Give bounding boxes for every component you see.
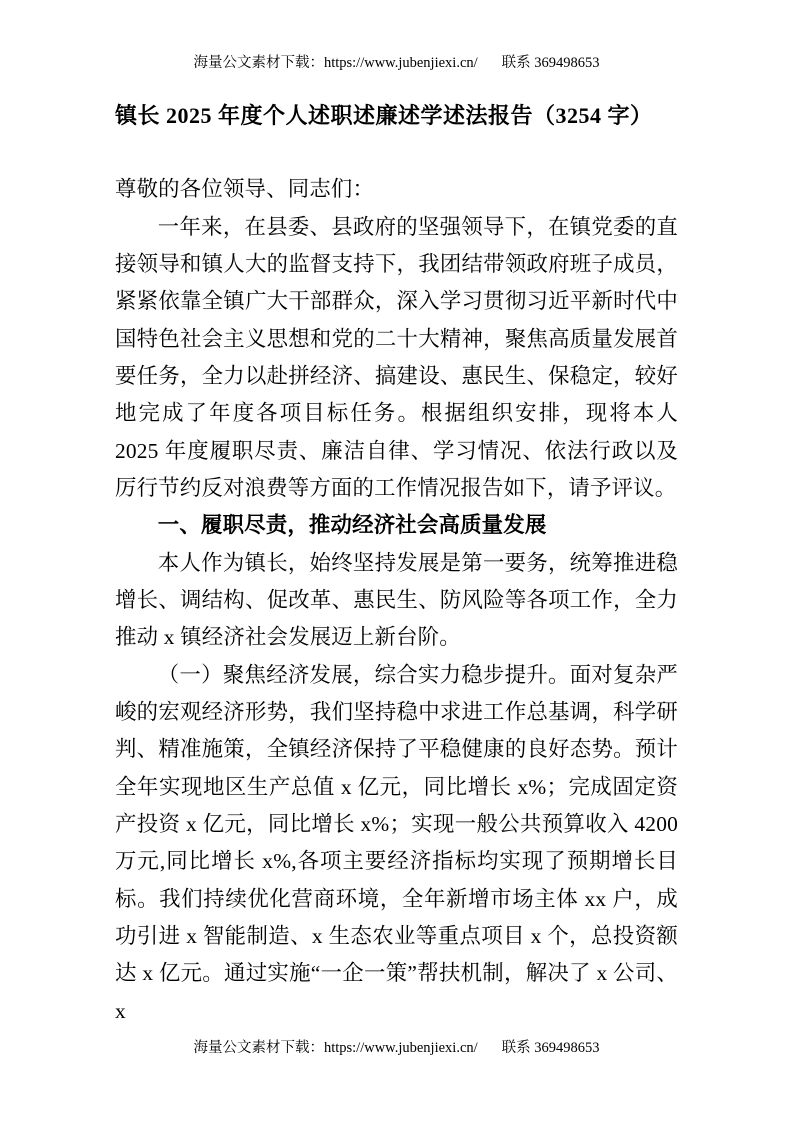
paragraph-section1-lead: 本人作为镇长，始终坚持发展是第一要务，统筹推进稳增长、调结构、促改革、惠民生、防… — [115, 545, 678, 657]
header-download-label: 海量公文素材下载： — [193, 55, 324, 71]
footer-url: https://www.jubenjiexi.cn/ — [324, 1040, 478, 1056]
salutation-line: 尊敬的各位领导、同志们： — [115, 171, 678, 208]
document-page: 海量公文素材下载：https://www.jubenjiexi.cn/联系 36… — [0, 0, 793, 1122]
section-1-heading: 一、履职尽责，推动经济社会高质量发展 — [115, 507, 678, 544]
document-title: 镇长 2025 年度个人述职述廉述学述法报告（3254 字） — [115, 97, 678, 134]
paragraph-intro: 一年来，在县委、县政府的坚强领导下，在镇党委的直接领导和镇人大的监督支持下，我团… — [115, 209, 678, 508]
footer-watermark: 海量公文素材下载：https://www.jubenjiexi.cn/联系 36… — [0, 1038, 793, 1058]
header-contact: 联系 369498653 — [502, 55, 600, 71]
footer-download-label: 海量公文素材下载： — [193, 1040, 324, 1056]
header-watermark: 海量公文素材下载：https://www.jubenjiexi.cn/联系 36… — [0, 53, 793, 73]
footer-contact: 联系 369498653 — [502, 1040, 600, 1056]
paragraph-economic-development: （一）聚焦经济发展，综合实力稳步提升。面对复杂严峻的宏观经济形势，我们坚持稳中求… — [115, 657, 678, 1030]
header-url: https://www.jubenjiexi.cn/ — [324, 55, 478, 71]
document-body: 镇长 2025 年度个人述职述廉述学述法报告（3254 字） 尊敬的各位领导、同… — [115, 97, 678, 1030]
